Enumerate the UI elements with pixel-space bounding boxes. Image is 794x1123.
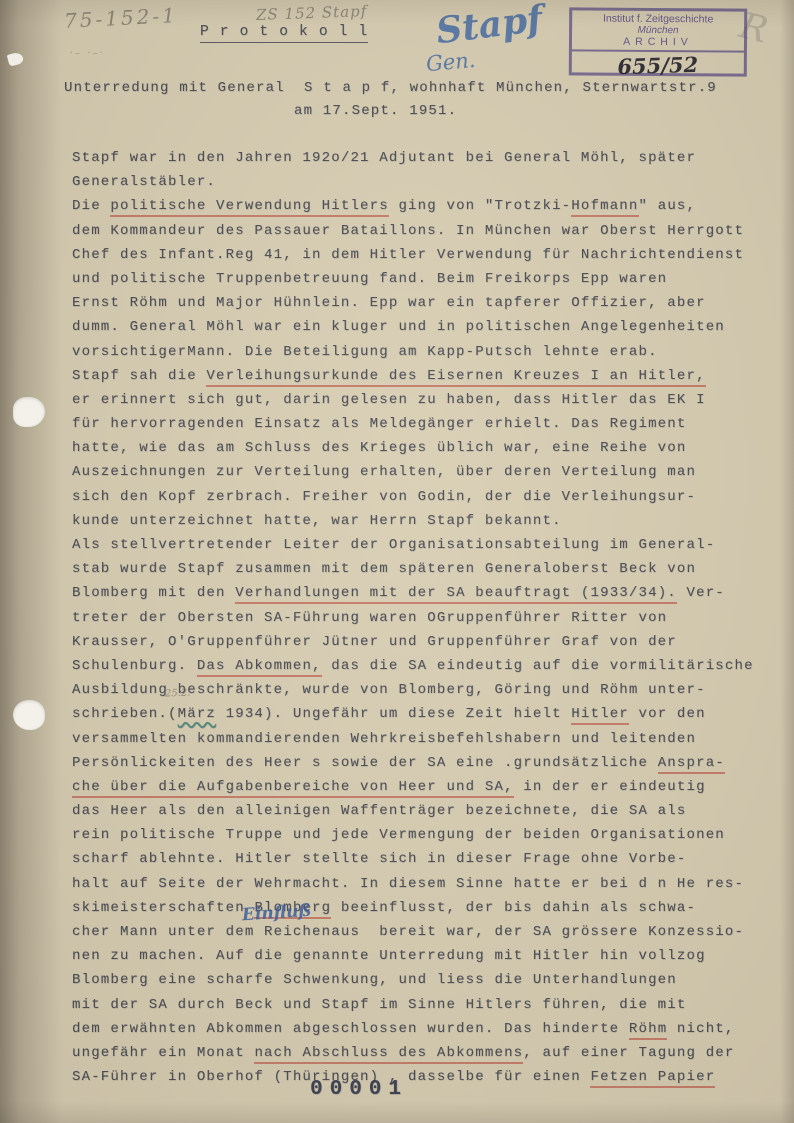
typed-text: Ver- bbox=[677, 585, 725, 601]
pencil-date-note: 25.2. bbox=[165, 688, 191, 700]
typed-text: cher Mann unter dem Reichenaus bereit wa… bbox=[72, 924, 744, 940]
typed-text: Persönlickeiten des Heer s sowie der SA … bbox=[72, 755, 658, 771]
typed-text: scharf ablehnte. Hitler stellte sich in … bbox=[72, 851, 687, 867]
typed-text: Chef des Infant.Reg 41, in dem Hitler Ve… bbox=[72, 247, 744, 263]
typed-text: Generalstäbler. bbox=[72, 174, 216, 190]
typed-text: dem Kommandeur des Passauer Bataillons. … bbox=[72, 223, 744, 239]
typed-line: treter der Obersten SA-Führung waren OGr… bbox=[72, 606, 754, 630]
typed-line: Auszeichnungen zur Verteilung erhalten, … bbox=[72, 460, 754, 484]
typed-line: Die politische Verwendung Hitlers ging v… bbox=[72, 194, 754, 218]
typed-text: das die SA eindeutig auf die vormilitäri… bbox=[322, 658, 754, 674]
underlined-text: politische Verwendung Hitlers bbox=[110, 198, 388, 217]
typed-line: SA-Führer in Oberhof (Thüringen) , dasse… bbox=[72, 1065, 754, 1089]
punch-hole-bottom bbox=[13, 700, 45, 730]
typed-line: Stapf war in den Jahren 192o/21 Adjutant… bbox=[72, 146, 754, 170]
typed-text: dem erwähnten Abkommen abgeschlossen wur… bbox=[72, 1021, 629, 1037]
typed-text: nicht, bbox=[667, 1021, 734, 1037]
underlined-text: Das Abkommen, bbox=[197, 658, 322, 677]
typed-body: Stapf war in den Jahren 192o/21 Adjutant… bbox=[72, 146, 754, 1089]
typed-text: ungefähr ein Monat bbox=[72, 1045, 254, 1061]
typed-text: mit der SA durch Beck und Stapf im Sinne… bbox=[72, 997, 687, 1013]
typed-line: che über die Aufgabenbereiche von Heer u… bbox=[72, 775, 754, 799]
underlined-text: che über die Aufgabenbereiche von Heer u… bbox=[72, 779, 514, 798]
typed-line: cher Mann unter dem Reichenaus bereit wa… bbox=[72, 920, 754, 944]
typed-text: rein politische Truppe und jede Vermengu… bbox=[72, 827, 725, 843]
typed-text: halt auf Seite der Wehrmacht. In diesem … bbox=[72, 876, 744, 892]
pencil-dash-marks: ·– ·–· bbox=[70, 48, 105, 59]
typed-text: stab wurde Stapf zusammen mit dem später… bbox=[72, 561, 696, 577]
underlined-text: März bbox=[178, 706, 216, 722]
typed-text: Schulenburg. bbox=[72, 658, 197, 674]
typed-line: dumm. General Möhl war ein kluger und in… bbox=[72, 315, 754, 339]
typed-line: Ernst Röhm und Major Hühnlein. Epp war e… bbox=[72, 291, 754, 315]
typed-text: treter der Obersten SA-Führung waren OGr… bbox=[72, 610, 667, 626]
typed-text: schrieben.( bbox=[72, 706, 178, 722]
typed-line: das Heer als den alleinigen Waffenträger… bbox=[72, 799, 754, 823]
underlined-text: Hitler bbox=[571, 706, 629, 725]
typed-text: für hervorragenden Einsatz als Meldegäng… bbox=[72, 416, 687, 432]
typed-line: hatte, wie das am Schluss des Krieges üb… bbox=[72, 436, 754, 460]
page-number-stamp: 00001 bbox=[310, 1078, 408, 1101]
typed-text: beeinflusst, der bis dahin als schwa- bbox=[331, 900, 696, 916]
typed-line: Als stellvertretender Leiter der Organis… bbox=[72, 533, 754, 557]
typed-line: und politische Truppenbetreuung fand. Be… bbox=[72, 267, 754, 291]
typed-line: nen zu machen. Auf die genannte Unterred… bbox=[72, 944, 754, 968]
pencil-catalog-number: 75-152-1 bbox=[63, 3, 178, 33]
typed-line: er erinnert sich gut, darin gelesen zu h… bbox=[72, 388, 754, 412]
typed-line: sich den Kopf zerbrach. Freiher von Godi… bbox=[72, 485, 754, 509]
typed-text: " aus, bbox=[639, 198, 697, 214]
typed-line: versammelten kommandierenden Wehrkreisbe… bbox=[72, 727, 754, 751]
typed-text: sich den Kopf zerbrach. Freiher von Godi… bbox=[72, 489, 696, 505]
typed-text: Blomberg eine scharfe Schwenkung, und li… bbox=[72, 972, 677, 988]
typed-text: er erinnert sich gut, darin gelesen zu h… bbox=[72, 392, 706, 408]
paper-tear bbox=[7, 51, 25, 66]
typed-text: skimeisterschaften bbox=[72, 900, 254, 916]
typed-line: Generalstäbler. bbox=[72, 170, 754, 194]
underlined-text: Hofmann bbox=[571, 198, 638, 217]
typed-text: ging von "Trotzki- bbox=[389, 198, 571, 214]
document-subtitle-line1: Unterredung mit General S t a p f, wohnh… bbox=[64, 80, 717, 96]
typed-text: dumm. General Möhl war ein kluger und in… bbox=[72, 319, 725, 335]
typed-line: schrieben.(März 1934). Ungefähr um diese… bbox=[72, 702, 754, 726]
document-title: P r o t o k o l l bbox=[200, 24, 368, 43]
typed-text: das Heer als den alleinigen Waffenträger… bbox=[72, 803, 687, 819]
underlined-text: Verleihungsurkunde des Eisernen Kreuzes … bbox=[206, 368, 705, 387]
underlined-text: Fetzen Papier bbox=[590, 1069, 715, 1088]
underlined-text: Anspra- bbox=[658, 755, 725, 774]
typed-line: vorsichtigerMann. Die Beteiligung am Kap… bbox=[72, 340, 754, 364]
punch-hole-top bbox=[13, 397, 45, 427]
typed-line: Krausser, O'Gruppenführer Jütner und Gru… bbox=[72, 630, 754, 654]
typed-text: hatte, wie das am Schluss des Krieges üb… bbox=[72, 440, 687, 456]
typed-text: Krausser, O'Gruppenführer Jütner und Gru… bbox=[72, 634, 677, 650]
typed-text: nen zu machen. Auf die genannte Unterred… bbox=[72, 948, 706, 964]
typed-line: Stapf sah die Verleihungsurkunde des Eis… bbox=[72, 364, 754, 388]
document-subtitle-line2: am 17.Sept. 1951. bbox=[294, 103, 457, 119]
ink-name-sub-annotation: Gen. bbox=[425, 48, 476, 76]
typed-line: mit der SA durch Beck und Stapf im Sinne… bbox=[72, 993, 754, 1017]
underlined-text: nach Abschluss des Abkommens bbox=[254, 1045, 523, 1064]
ink-name-annotation: Stapf bbox=[434, 0, 545, 52]
typed-text: Stapf war in den Jahren 192o/21 Adjutant… bbox=[72, 150, 696, 166]
typed-line: rein politische Truppe und jede Vermengu… bbox=[72, 823, 754, 847]
typed-text: Blomberg mit den bbox=[72, 585, 235, 601]
typed-text: Ernst Röhm und Major Hühnlein. Epp war e… bbox=[72, 295, 706, 311]
underlined-text: Verhandlungen mit der SA beauftragt (193… bbox=[235, 585, 677, 604]
typed-text: Stapf sah die bbox=[72, 368, 206, 384]
stamp-archiv-label: ARCHIV bbox=[572, 35, 744, 52]
underlined-text: Röhm bbox=[629, 1021, 667, 1040]
typed-text: , auf einer Tagung der bbox=[523, 1045, 734, 1061]
scanned-document: { "header": { "title": "P r o t o k o l … bbox=[0, 0, 794, 1123]
typed-text: Als stellvertretender Leiter der Organis… bbox=[72, 537, 715, 553]
stamp-archive-number: 655/52 bbox=[572, 51, 745, 81]
typed-line: halt auf Seite der Wehrmacht. In diesem … bbox=[72, 872, 754, 896]
typed-text: in der er eindeutig bbox=[514, 779, 706, 795]
typed-line: Schulenburg. Das Abkommen, das die SA ei… bbox=[72, 654, 754, 678]
typed-text: versammelten kommandierenden Wehrkreisbe… bbox=[72, 731, 696, 747]
typed-line: kunde unterzeichnet hatte, war Herrn Sta… bbox=[72, 509, 754, 533]
typed-line: dem Kommandeur des Passauer Bataillons. … bbox=[72, 219, 754, 243]
typed-line: dem erwähnten Abkommen abgeschlossen wur… bbox=[72, 1017, 754, 1041]
typed-line: scharf ablehnte. Hitler stellte sich in … bbox=[72, 847, 754, 871]
typed-text: und politische Truppenbetreuung fand. Be… bbox=[72, 271, 667, 287]
typed-line: Blomberg mit den Verhandlungen mit der S… bbox=[72, 581, 754, 605]
typed-line: stab wurde Stapf zusammen mit dem später… bbox=[72, 557, 754, 581]
typed-line: ungefähr ein Monat nach Abschluss des Ab… bbox=[72, 1041, 754, 1065]
typed-text: vor den bbox=[629, 706, 706, 722]
typed-line: für hervorragenden Einsatz als Meldegäng… bbox=[72, 412, 754, 436]
typed-text: 1934). Ungefähr um diese Zeit hielt bbox=[216, 706, 571, 722]
pencil-file-reference: ZS 152 Stapf bbox=[256, 2, 368, 24]
typed-text: Die bbox=[72, 198, 110, 214]
typed-line: skimeisterschaften Blomberg beeinflusst,… bbox=[72, 896, 754, 920]
typed-line: Chef des Infant.Reg 41, in dem Hitler Ve… bbox=[72, 243, 754, 267]
typed-line: Persönlickeiten des Heer s sowie der SA … bbox=[72, 751, 754, 775]
typed-text: kunde unterzeichnet hatte, war Herrn Sta… bbox=[72, 513, 562, 529]
typed-text: vorsichtigerMann. Die Beteiligung am Kap… bbox=[72, 344, 658, 360]
archive-stamp: Institut f. Zeitgeschichte München ARCHI… bbox=[569, 7, 747, 76]
typed-line: Blomberg eine scharfe Schwenkung, und li… bbox=[72, 968, 754, 992]
typed-text: Auszeichnungen zur Verteilung erhalten, … bbox=[72, 464, 696, 480]
